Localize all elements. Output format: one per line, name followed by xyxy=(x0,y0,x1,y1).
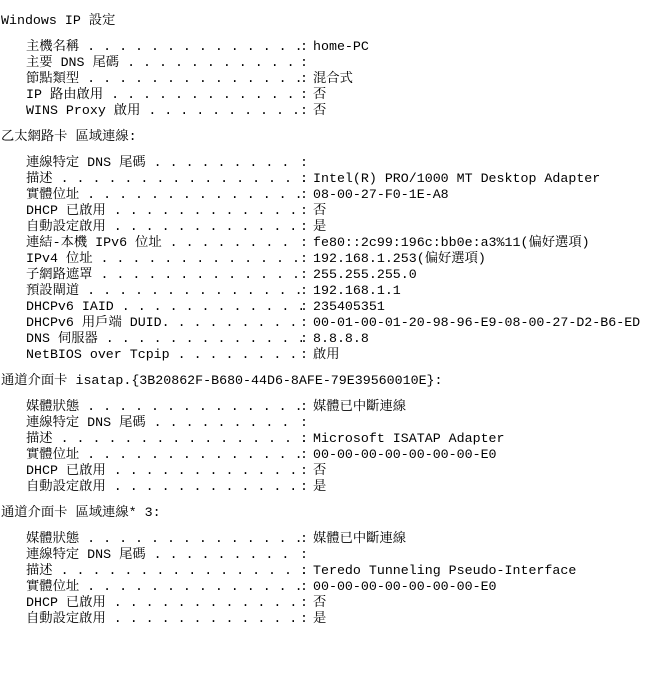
row-netbios: NetBIOS over Tcpip . . . . . . . . .:啟用 xyxy=(0,347,649,363)
row-dhcpv6-duid: DHCPv6 用戶端 DUID. . . . . . . . .:00-01-0… xyxy=(0,315,649,331)
row-host-name: 主機名稱 . . . . . . . . . . . . . .:home-PC xyxy=(0,39,649,55)
row-wins-proxy: WINS Proxy 啟用 . . . . . . . . . .:否 xyxy=(0,103,649,119)
row-dns-servers: DNS 伺服器 . . . . . . . . . . . . .:8.8.8.… xyxy=(0,331,649,347)
row-ip-routing: IP 路由啟用 . . . . . . . . . . . .:否 xyxy=(0,87,649,103)
row-link-local-ipv6: 連結-本機 IPv6 位址 . . . . . . . .:fe80::2c99… xyxy=(0,235,649,251)
ipconfig-output: Windows IP 設定 主機名稱 . . . . . . . . . . .… xyxy=(0,13,649,627)
row-autoconfig-enabled: 自動設定啟用 . . . . . . . . . . . .:是 xyxy=(0,219,649,235)
row-label: 主機名稱 . . . . . . . . . . . . . . xyxy=(26,39,306,55)
row-autoconfig-enabled: 自動設定啟用 . . . . . . . . . . . .:是 xyxy=(0,611,649,627)
row-value: home-PC xyxy=(313,39,369,55)
row-media-state: 媒體狀態 . . . . . . . . . . . . . .:媒體已中斷連線 xyxy=(0,399,649,415)
row-connection-dns-suffix: 連線特定 DNS 尾碼 . . . . . . . . .: xyxy=(0,155,649,171)
row-dhcp-enabled: DHCP 已啟用 . . . . . . . . . . . .:否 xyxy=(0,463,649,479)
row-autoconfig-enabled: 自動設定啟用 . . . . . . . . . . . .:是 xyxy=(0,479,649,495)
row-description: 描述 . . . . . . . . . . . . . . . .:Micro… xyxy=(0,431,649,447)
row-physical-address: 實體位址 . . . . . . . . . . . . . .:00-00-0… xyxy=(0,447,649,463)
row-connection-dns-suffix: 連線特定 DNS 尾碼 . . . . . . . . .: xyxy=(0,547,649,563)
row-connection-dns-suffix: 連線特定 DNS 尾碼 . . . . . . . . .: xyxy=(0,415,649,431)
row-subnet-mask: 子網路遮罩 . . . . . . . . . . . . .:255.255.… xyxy=(0,267,649,283)
row-node-type: 節點類型 . . . . . . . . . . . . . .:混合式 xyxy=(0,71,649,87)
row-dhcp-enabled: DHCP 已啟用 . . . . . . . . . . . .:否 xyxy=(0,595,649,611)
row-default-gateway: 預設閘道 . . . . . . . . . . . . . .:192.168… xyxy=(0,283,649,299)
row-physical-address: 實體位址 . . . . . . . . . . . . . .:00-00-0… xyxy=(0,579,649,595)
adapter-heading-ethernet: 乙太網路卡 區域連線: xyxy=(0,129,649,145)
row-description: 描述 . . . . . . . . . . . . . . . .:Intel… xyxy=(0,171,649,187)
row-dhcpv6-iaid: DHCPv6 IAID . . . . . . . . . . . .:2354… xyxy=(0,299,649,315)
row-media-state: 媒體狀態 . . . . . . . . . . . . . .:媒體已中斷連線 xyxy=(0,531,649,547)
row-dhcp-enabled: DHCP 已啟用 . . . . . . . . . . . .:否 xyxy=(0,203,649,219)
row-ipv4-address: IPv4 位址 . . . . . . . . . . . . .:192.16… xyxy=(0,251,649,267)
row-primary-dns-suffix: 主要 DNS 尾碼 . . . . . . . . . . .: xyxy=(0,55,649,71)
adapter-heading-teredo: 通道介面卡 區域連線* 3: xyxy=(0,505,649,521)
row-physical-address: 實體位址 . . . . . . . . . . . . . .:08-00-2… xyxy=(0,187,649,203)
adapter-heading-isatap: 通道介面卡 isatap.{3B20862F-B680-44D6-8AFE-79… xyxy=(0,373,649,389)
section-title: Windows IP 設定 xyxy=(0,13,649,29)
row-description: 描述 . . . . . . . . . . . . . . . .:Tered… xyxy=(0,563,649,579)
